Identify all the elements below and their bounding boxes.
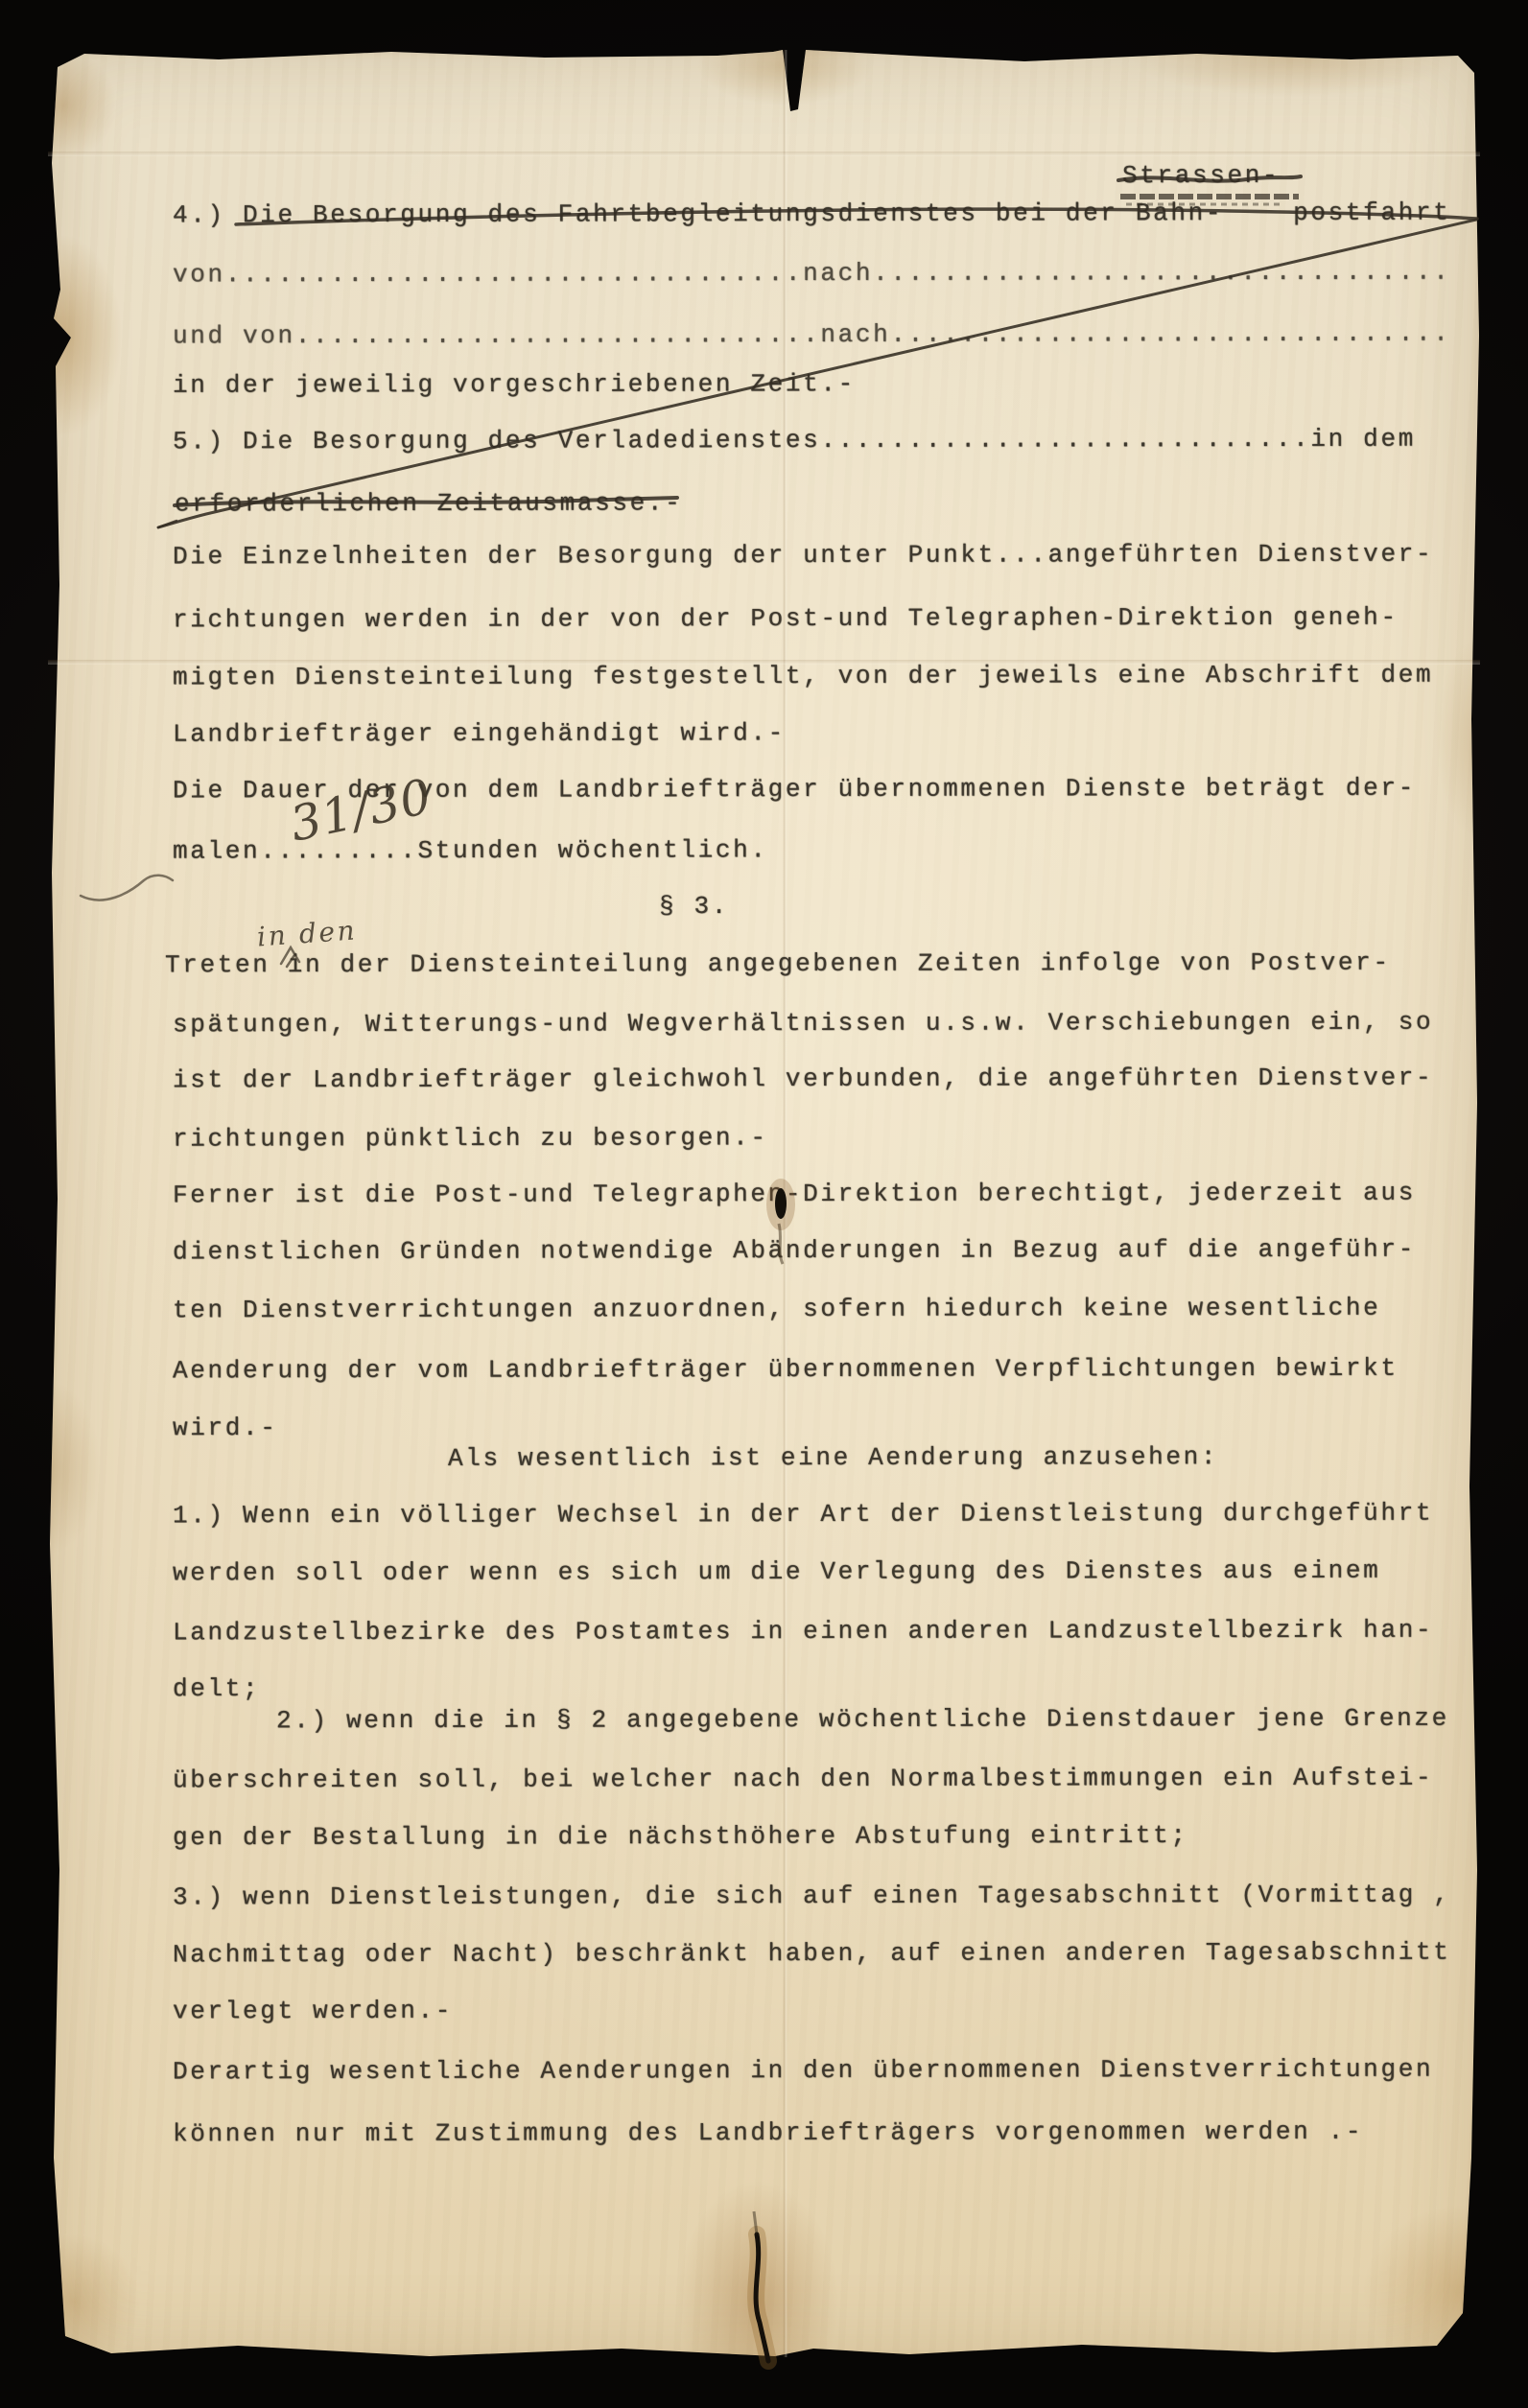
- paragraph-details-line-2: richtungen werden in der von der Post-un…: [173, 601, 1399, 637]
- clause-4-line: 4.) Die Besorgung des Fahrtbegleitungsdi…: [173, 197, 1451, 232]
- section-heading-3: § 3.: [659, 890, 729, 923]
- item-2-line-2: überschreiten soll, bei welcher nach den…: [173, 1762, 1433, 1797]
- paragraph-ferner-line-4: Aenderung der vom Landbriefträger überno…: [173, 1352, 1399, 1388]
- paragraph-3-line-3: ist der Landbriefträger gleichwohl verbu…: [173, 1062, 1433, 1097]
- item-2-line-1: 2.) wenn die in § 2 angegebene wöchentli…: [276, 1702, 1449, 1738]
- paragraph-ferner-line-3: ten Dienstverrichtungen anzuordnen, sofe…: [173, 1292, 1381, 1327]
- paragraph-details-line-3: migten Diensteinteilung festgestellt, vo…: [173, 659, 1433, 694]
- handwritten-insertion-in-den: in den: [256, 917, 358, 950]
- scan-background: Strassen- 4.) Die Besorgung des Fahrtbeg…: [0, 0, 1528, 2408]
- paragraph-3-line-4: richtungen pünktlich zu besorgen.-: [173, 1121, 768, 1155]
- paragraph-3-line-2: spätungen, Witterungs-und Wegverhältniss…: [173, 1006, 1433, 1041]
- dotted-line-von-nach: von.................................nach…: [173, 256, 1451, 292]
- paragraph-duration-line-2: malen.........Stunden wöchentlich.: [173, 833, 768, 867]
- item-3-line-1: 3.) wenn Dienstleistungen, die sich auf …: [173, 1879, 1451, 1914]
- clause-5-struck-line: erforderlichen Zeitausmasse.-: [175, 486, 682, 520]
- item-1-line-3: Landzustellbezirke des Postamtes in eine…: [173, 1614, 1433, 1649]
- paragraph-ferner-line-1: Ferner ist die Post-und Telegraphen-Dire…: [173, 1177, 1416, 1212]
- paragraph-ferner-line-5: wird.-: [173, 1412, 278, 1444]
- paragraph-details-line-4: Landbriefträger eingehändigt wird.-: [173, 716, 786, 750]
- item-1-line-2: werden soll oder wenn es sich um die Ver…: [173, 1555, 1381, 1590]
- paragraph-details-line-1: Die Einzelnheiten der Besorgung der unte…: [173, 538, 1433, 573]
- item-3-line-3: verlegt werden.-: [173, 1995, 453, 2028]
- clause-5-line: 5.) Die Besorgung des Verladedienstes...…: [173, 423, 1416, 458]
- closing-line-2: können nur mit Zustimmung des Landbrieft…: [173, 2116, 1363, 2151]
- dotted-line-und-von-nach: und von..............................nac…: [173, 317, 1451, 353]
- item-3-line-2: Nachmittag oder Nacht) beschränkt haben,…: [173, 1936, 1451, 1972]
- paragraph-3-line-1: Treten in der Diensteinteilung angegeben…: [165, 947, 1391, 982]
- inserted-word-strassen: Strassen-: [1122, 159, 1280, 192]
- clause-4-time-line: in der jeweilig vorgeschriebenen Zeit.-: [173, 367, 856, 401]
- wesentlich-intro-line: Als wesentlich ist eine Aenderung anzuse…: [448, 1440, 1218, 1475]
- paragraph-ferner-line-2: dienstlichen Gründen notwendige Abänderu…: [173, 1233, 1416, 1269]
- closing-line-1: Derartig wesentliche Aenderungen in den …: [173, 2053, 1433, 2089]
- item-1-line-1: 1.) Wenn ein völliger Wechsel in der Art…: [173, 1497, 1433, 1532]
- typed-text-layer: Strassen- 4.) Die Besorgung des Fahrtbeg…: [0, 0, 1528, 2408]
- item-2-line-3: gen der Bestallung in die nächsthöhere A…: [173, 1819, 1188, 1854]
- item-1-line-4: delt;: [173, 1672, 260, 1705]
